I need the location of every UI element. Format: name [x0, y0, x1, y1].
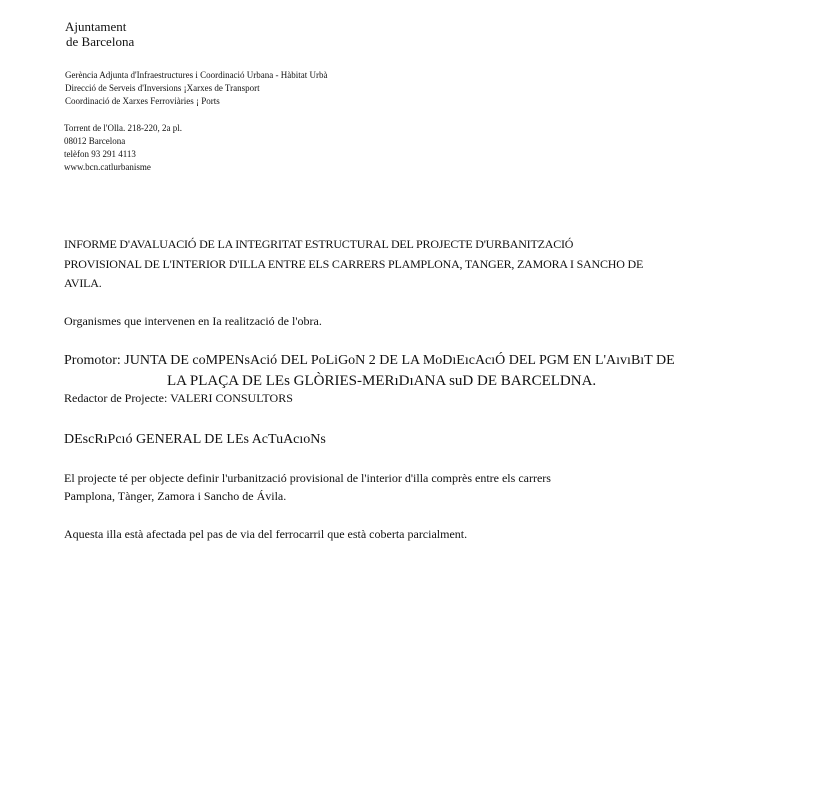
address-block: Torrent de l'Olla. 218-220, 2a pl. 08012… [64, 122, 182, 174]
document-title-line: AVILA. [64, 274, 643, 294]
organismes-text: Organismes que intervenen en Ia realitza… [64, 314, 322, 329]
promotor-line-2: LA PLAÇA DE LEs GLÒRIES-MERıDıANA suD DE… [167, 373, 596, 390]
address-phone: telèfon 93 291 4113 [64, 148, 182, 161]
section-heading: DEscRıPcıó GENERAL DE LEs AcTuAcıoNs [64, 431, 326, 448]
promotor-line-1: Promotor: JUNTA DE coMPENsAció DEL PoLiG… [64, 352, 675, 369]
description-paragraph-2: Aquesta illa està afectada pel pas de vi… [64, 527, 467, 542]
department-block: Gerència Adjunta d'Infraestructures i Co… [65, 69, 328, 108]
description-line: Pamplona, Tànger, Zamora i Sancho de Ávi… [64, 487, 551, 505]
redactor-text: Redactor de Projecte: VALERI CONSULTORS [64, 391, 293, 406]
description-paragraph: El projecte té per objecte definir l'urb… [64, 469, 551, 505]
organization-name-line-1: Ajuntament [65, 19, 134, 34]
department-line: Coordinació de Xarxes Ferroviàries ¡ Por… [65, 95, 328, 108]
description-line: El projecte té per objecte definir l'urb… [64, 469, 551, 487]
organization-name-line-2: de Barcelona [65, 34, 134, 49]
document-title-line: PROVISIONAL DE L'INTERIOR D'ILLA ENTRE E… [64, 255, 643, 275]
address-website: www.bcn.catlurbanisme [64, 161, 182, 174]
document-title-line: INFORME D'AVALUACIÓ DE LA INTEGRITAT EST… [64, 235, 643, 255]
address-street: Torrent de l'Olla. 218-220, 2a pl. [64, 122, 182, 135]
address-city: 08012 Barcelona [64, 135, 182, 148]
organization-name: Ajuntament de Barcelona [65, 19, 134, 49]
document-title: INFORME D'AVALUACIÓ DE LA INTEGRITAT EST… [64, 235, 643, 294]
department-line: Direcció de Serveis d'Inversions ¡Xarxes… [65, 82, 328, 95]
department-line: Gerència Adjunta d'Infraestructures i Co… [65, 69, 328, 82]
